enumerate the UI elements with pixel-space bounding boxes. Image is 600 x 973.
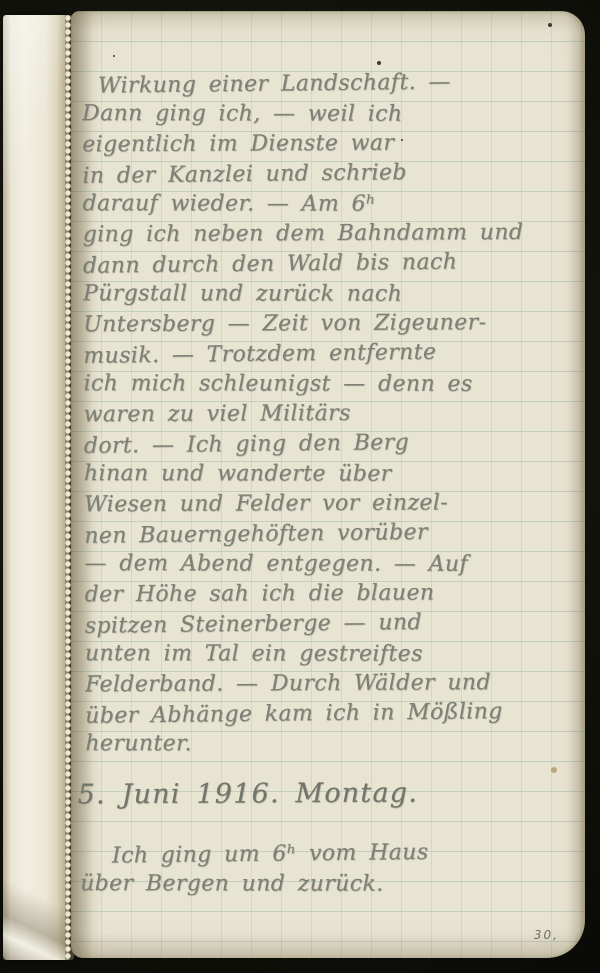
handwriting-line: — dem Abend entgegen. — Auf [84, 549, 571, 580]
handwriting-line: ich mich schleunigst — denn es [83, 369, 570, 400]
handwriting-line: Pürgstall und zurück nach [83, 279, 570, 310]
handwriting-line: eigentlich im Dienste war [82, 128, 569, 161]
handwriting-line: Untersberg — Zeit von Zigeuner- [83, 308, 570, 341]
paper-speck [377, 61, 381, 65]
handwriting-line: darauf wieder. — Am 6ʰ [83, 189, 570, 220]
stub-fold-shadow [3, 810, 69, 960]
date-heading: 5. Juni 1916. Montag. [78, 774, 573, 815]
handwriting-line: Wiesen und Felder vor einzel- [84, 488, 571, 521]
handwriting-line: Wirkung einer Landschaft. — [82, 66, 569, 102]
torn-page-stub [3, 15, 69, 960]
handwriting-line: herunter. [85, 729, 572, 760]
page-number: 30, [534, 928, 559, 942]
diary-entry-continuation: Wirkung einer Landschaft. — Dann ging ic… [82, 68, 573, 761]
diary-entry-new: Ich ging um 6ʰ vom Haus über Bergen und … [86, 838, 573, 901]
handwriting-line: Ich ging um 6ʰ vom Haus [86, 836, 573, 872]
handwriting-line: dort. — Ich ging den Berg [84, 426, 571, 462]
handwriting-line: unten im Tal ein gestreiftes [85, 639, 572, 670]
handwriting-line: Felderband. — Durch Wälder und [85, 668, 572, 701]
notebook-page: Wirkung einer Landschaft. — Dann ging ic… [71, 11, 585, 958]
handwriting-line: in der Kanzlei und schrieb [82, 156, 569, 192]
paper-speck [113, 55, 115, 57]
handwriting-line: dann durch den Wald bis nach [83, 246, 570, 282]
handwriting-line: nen Bauerngehöften vorüber [84, 516, 571, 552]
handwriting-line: über Abhänge kam ich in Mößling [85, 696, 572, 732]
handwriting-line: ging ich neben dem Bahndamm und [83, 218, 570, 251]
handwriting-line: waren zu viel Militärs [84, 398, 571, 431]
handwriting-line: über Bergen und zurück. [80, 869, 573, 900]
handwriting-line: Dann ging ich, — weil ich [82, 99, 569, 130]
handwriting-line: musik. — Trotzdem entfernte [83, 336, 570, 372]
handwriting-block: Wirkung einer Landschaft. — Dann ging ic… [82, 68, 573, 901]
handwriting-line: hinan und wanderte über [84, 459, 571, 490]
handwriting-line: der Höhe sah ich die blauen [85, 578, 572, 611]
notebook-photo: Wirkung einer Landschaft. — Dann ging ic… [0, 0, 600, 973]
handwriting-line: spitzen Steinerberge — und [85, 606, 572, 642]
paper-speck [548, 23, 552, 27]
